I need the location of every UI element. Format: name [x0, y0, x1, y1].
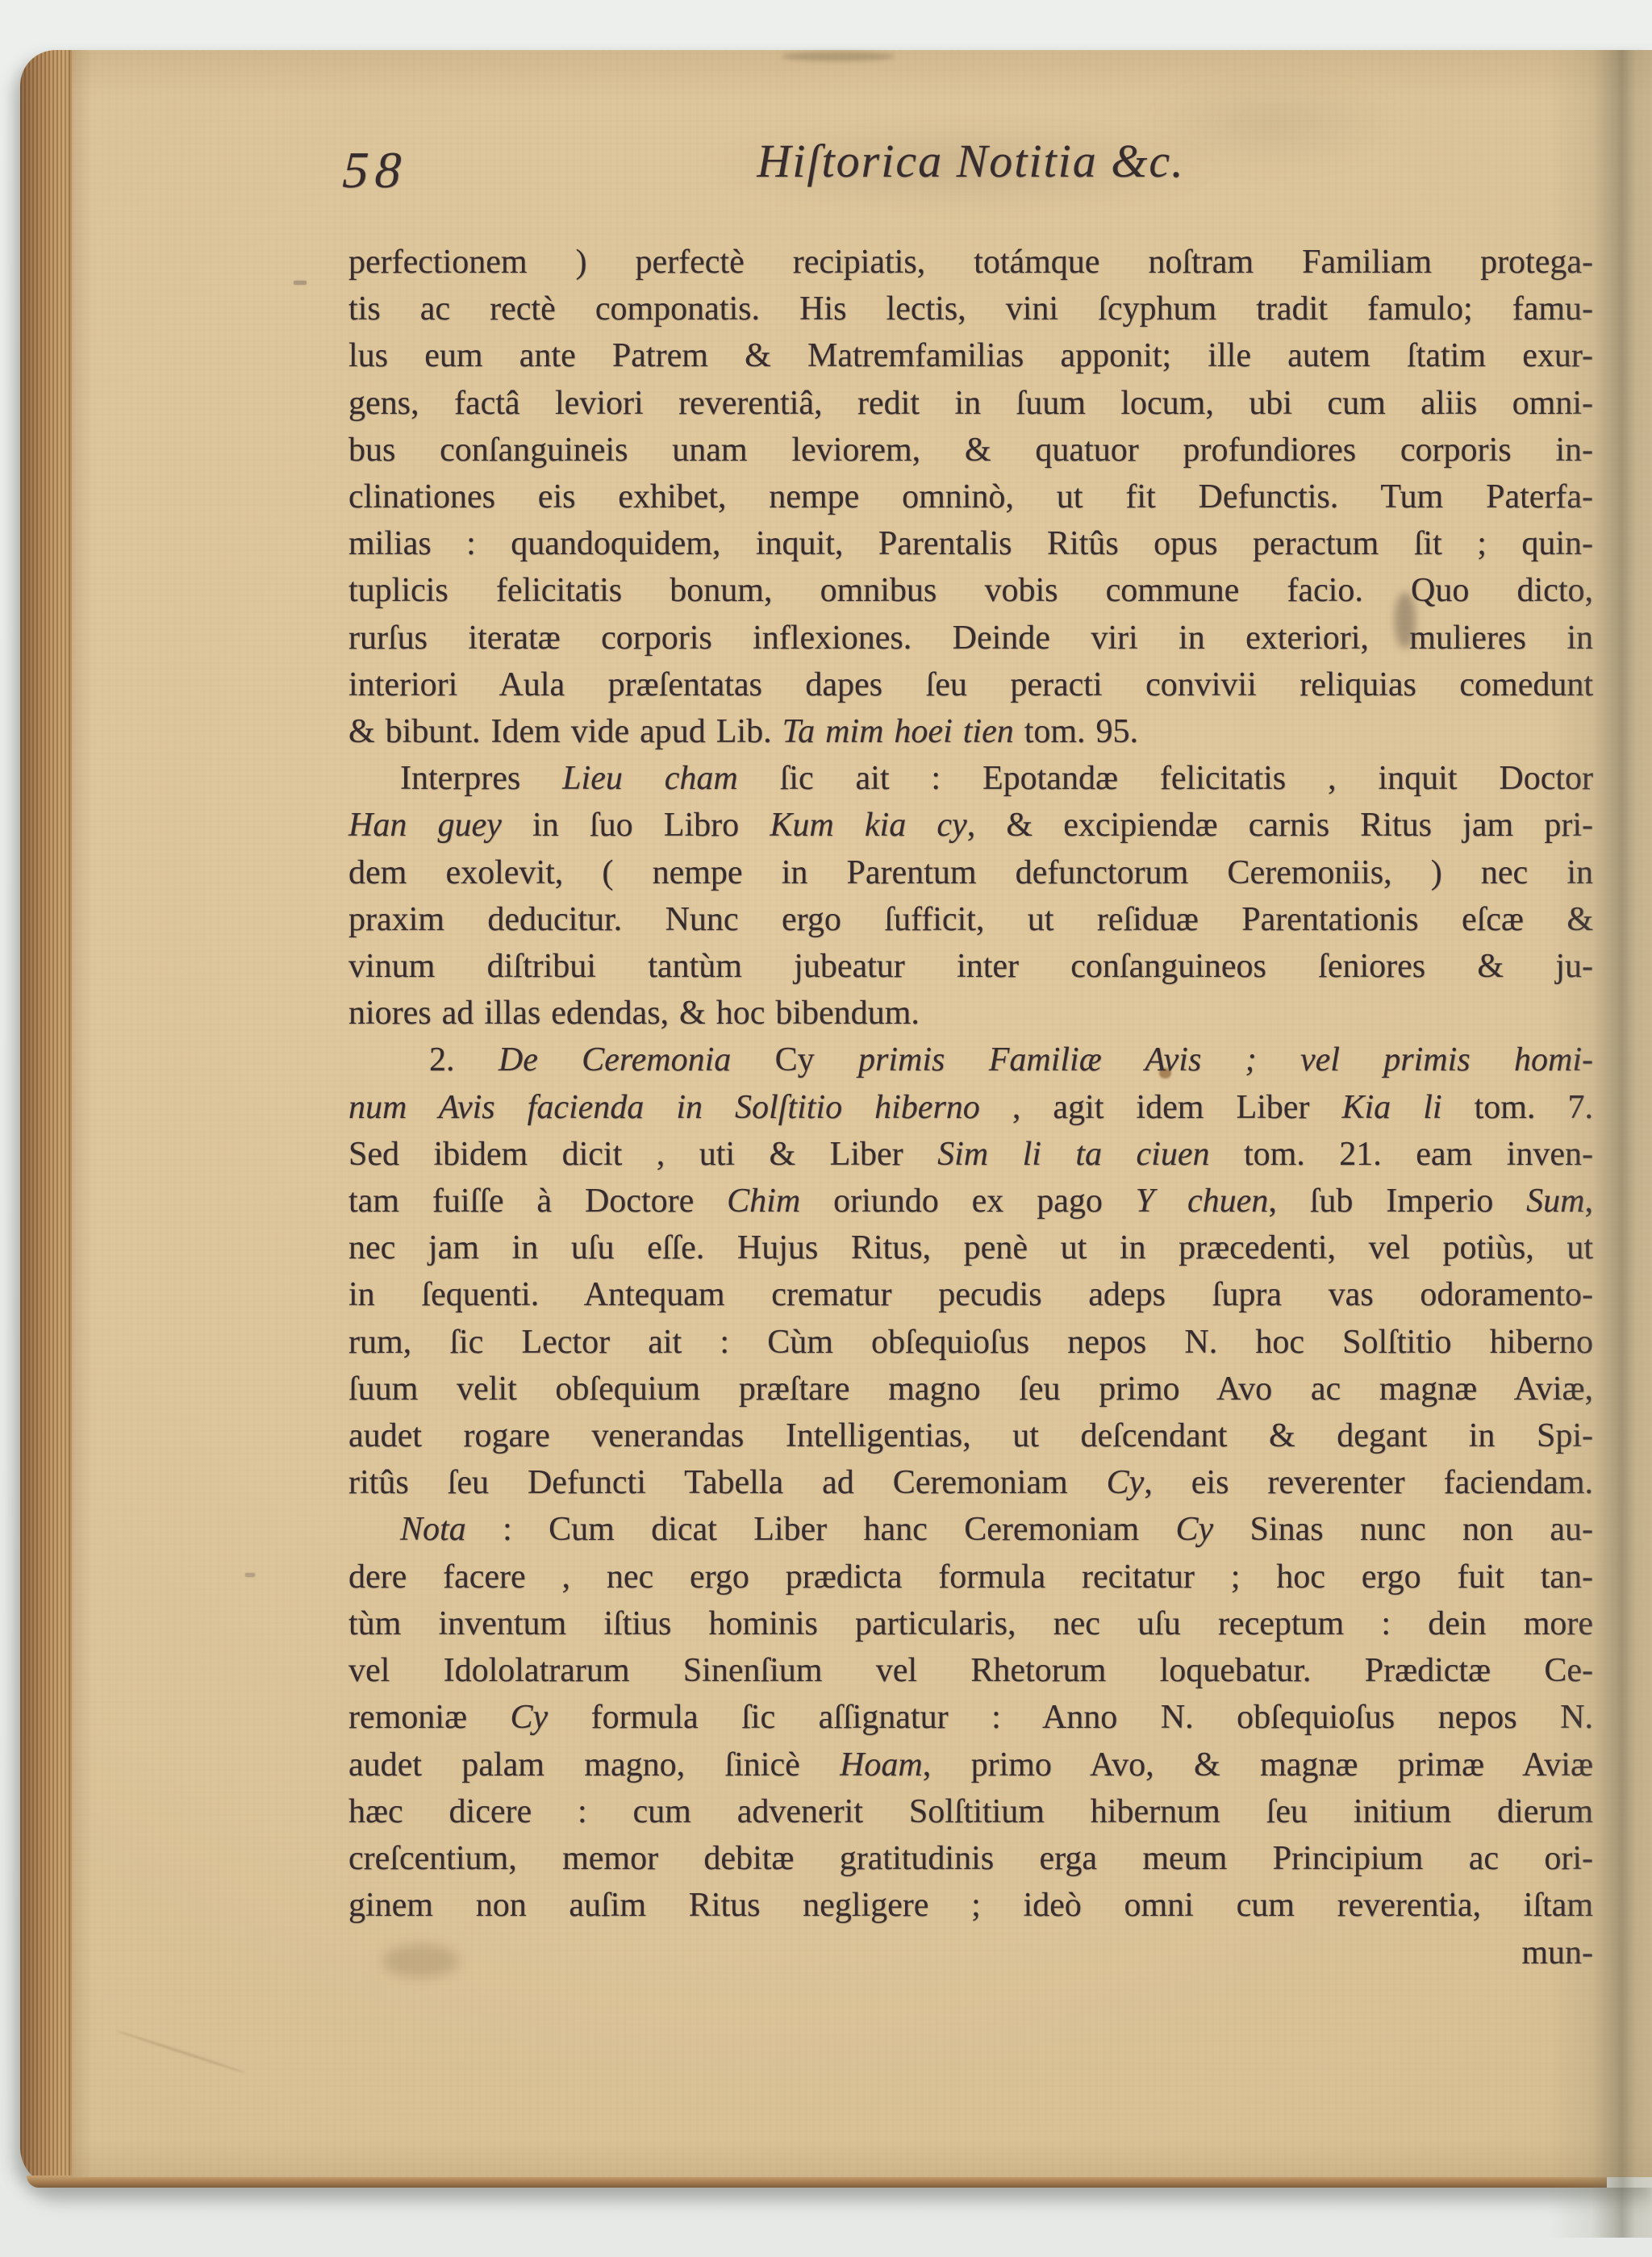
book-page: 58 Hiſtorica Notitia &c. perfectionem ) … — [20, 50, 1652, 2188]
bleed-mark — [294, 281, 307, 285]
book-bottom-page-edge — [27, 2176, 1607, 2188]
bleed-mark — [245, 1573, 255, 1577]
page-surface: 58 Hiſtorica Notitia &c. perfectionem ) … — [72, 50, 1652, 2177]
scan-background: 58 Hiſtorica Notitia &c. perfectionem ) … — [0, 0, 1652, 2257]
bleed-marks — [123, 50, 1652, 2167]
book-left-page-edges — [20, 50, 72, 2188]
